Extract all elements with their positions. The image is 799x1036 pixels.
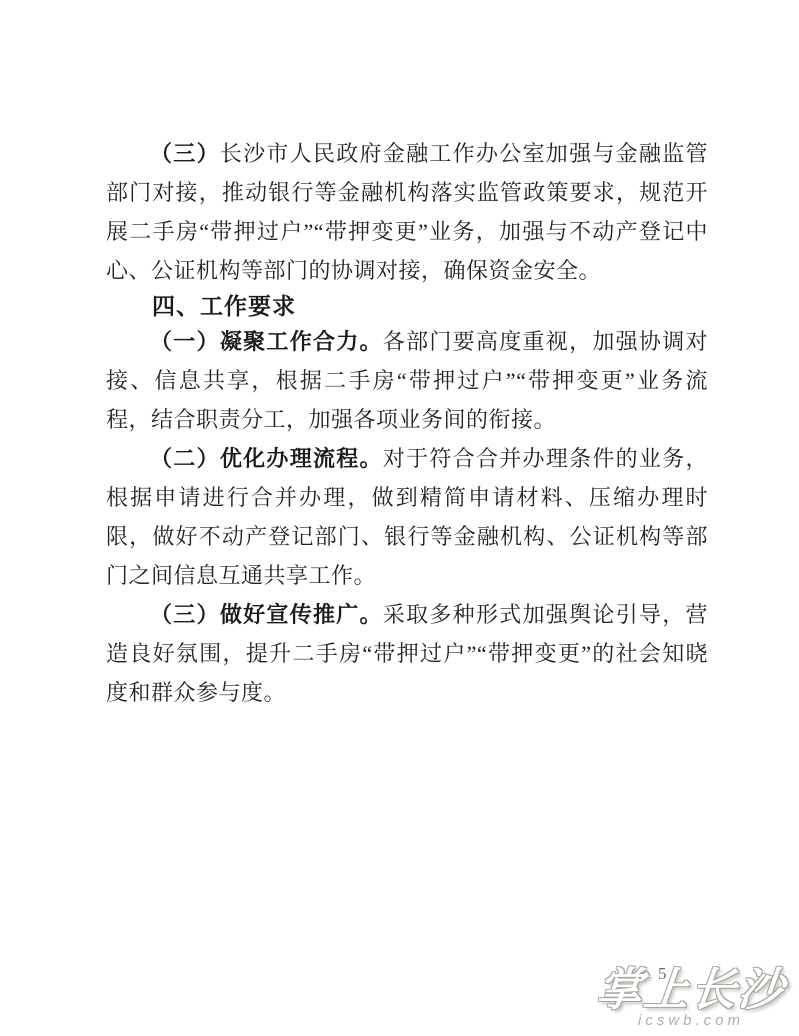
watermark-logo: 掌上长沙 icswb.com bbox=[597, 966, 785, 1030]
watermark-logo-text: 掌上长沙 bbox=[594, 966, 787, 1014]
work-item-2-lead: （二）优化办理流程。 bbox=[150, 446, 383, 471]
intro-paragraph-lead: （三） bbox=[150, 141, 220, 166]
work-item-1: （一）凝聚工作合力。各部门要高度重视，加强协调对接、信息共享，根据二手房“带押过… bbox=[106, 322, 708, 439]
document-page: （三）长沙市人民政府金融工作办公室加强与金融监管部门对接，推动银行等金融机构落实… bbox=[0, 0, 799, 1036]
intro-paragraph: （三）长沙市人民政府金融工作办公室加强与金融监管部门对接，推动银行等金融机构落实… bbox=[106, 134, 708, 290]
work-item-2: （二）优化办理流程。对于符合合并办理条件的业务，根据申请进行合并办理，做到精简申… bbox=[106, 439, 708, 595]
work-item-3-lead: （三）做好宣传推广。 bbox=[150, 602, 383, 627]
work-item-3: （三）做好宣传推广。采取多种形式加强舆论引导，营造良好氛围，提升二手房“带押过户… bbox=[106, 595, 708, 712]
section-heading: 四、工作要求 bbox=[106, 290, 708, 322]
document-body: （三）长沙市人民政府金融工作办公室加强与金融监管部门对接，推动银行等金融机构落实… bbox=[106, 134, 708, 712]
work-item-1-lead: （一）凝聚工作合力。 bbox=[150, 329, 383, 354]
